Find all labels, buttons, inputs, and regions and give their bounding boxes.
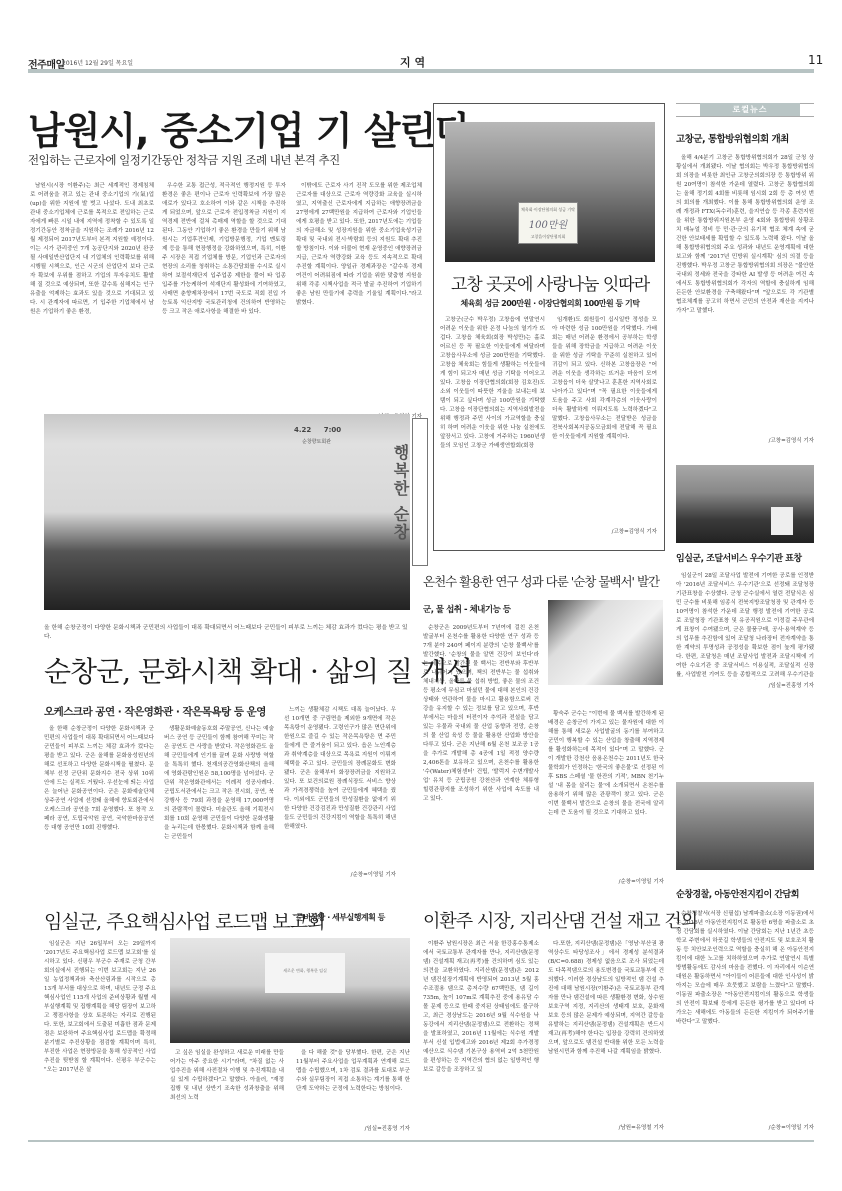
article-body-sunchang-col1: 올 한해 순창군정이 다양한 문화시책과 군민편의 사업들이 대폭 확대되면서 …	[44, 725, 154, 887]
banner-date: 4.22 7:00	[294, 426, 341, 434]
headline-imsil-award: 임실군, 조달서비스 우수기관 표창	[676, 551, 802, 564]
local-news-kicker: 로컬뉴스	[700, 103, 800, 117]
banner-date-value: 4.22	[294, 426, 311, 434]
headline-sunchang-culture: 순창군, 문화시책 확대 · 삶의 질 개선	[44, 650, 472, 690]
article-body-sunchang-col2: 생활문화예술동호회 주말공연, 신나는 예술버스 공연 등 군민들이 함께 참여…	[164, 725, 274, 887]
article-body-imsil-col2: 고 싶은 임실을 완성하고 새로운 미래를 만들어가는 아주 중요한 시기"라며…	[170, 1049, 284, 1129]
article-body-gochang-col1: 고창군(군수 박우정) 고창읍에 연말연시 어려운 이웃을 위한 온정 나눔의 …	[440, 316, 545, 548]
byline-sunchang-police: /순창=이영일 기자	[676, 1123, 814, 1131]
photo-imsil-meeting: 새로운 변화, 행복한 임실	[170, 938, 410, 1043]
certificate-title: 체육회·이장단협의회 성금 기탁	[519, 207, 577, 213]
article-body-gochang-defense: 올해 4/4분기 고창군 통합방위협의회가 28일 군청 상황실에서 개최됐다.…	[676, 154, 814, 434]
headline-sunchang-water: 온천수 활용한 연구 성과 다룬 '순창 물백서' 발간	[423, 572, 659, 590]
byline-gochang-donation: /고창=김영식 기자	[552, 527, 657, 535]
article-body-sunchang-police: 순창경찰서(서장 신필섭) 남계파출소(소장 이동권)에서는 2016년 아동안…	[676, 910, 814, 1118]
byline-imsil-roadmap: /임실=진홍영 기자	[296, 1124, 410, 1132]
article-body-dam-col1: 이환주 남원시장은 최근 서울 한강홍수통제소에서 국토교통부 관계자를 만나,…	[423, 940, 539, 1136]
article-body-imsil-award: 임실군이 28일 조달사업 발전에 기여한 공로를 인정받아 '2016년 조달…	[676, 572, 814, 680]
subhead-gochang-donation: 체육회 성금 200만원 · 이장단협의회 100만원 등 기탁	[440, 298, 660, 309]
article-body-water-col1: 순창군은 2009년도부터 7년여에 걸친 온천발굴부터 온천수를 활용한 다양…	[423, 624, 539, 888]
photo-caption-sunchang: 올 한해 순창군정이 다양한 문화시책과 군민편의 사업들이 대폭 확대되면서 …	[44, 624, 410, 642]
byline-imsil-award: /임실=진홍영 기자	[676, 681, 814, 689]
meeting-screen: 새로운 변화, 행복한 임실	[265, 953, 345, 993]
article-body-gochang-col2: 임개환)도 회원들이 십시일반 정성을 모아 마련한 성금 100만원을 기탁했…	[552, 316, 657, 526]
article-body-namwon-col3: 이밖에도 근로자 사기 진작 도모를 위한 제조업체 근로자를 대상으로 근로자…	[296, 182, 422, 410]
photo-water-white-paper-books	[548, 600, 663, 685]
article-body-namwon-col1: 남원시(시장 이환주)는 최근 세계적인 경제침체로 어려움을 겪고 있는 관내…	[30, 182, 154, 432]
kicker-rule-bottom	[676, 116, 814, 117]
certificate-amount: 100만원	[519, 216, 577, 231]
byline-sunchang-culture: /순창=이영일 기자	[284, 870, 396, 878]
photo-imsil-award	[676, 465, 814, 543]
byline-sunchang-water: /순창=이영일 기자	[548, 877, 664, 885]
banner-venue: 순창향토회관	[302, 438, 331, 445]
award-plaque	[771, 507, 793, 535]
photo-gochang-donation: 체육회·이장단협의회 성금 기탁 100만원 고창읍이장단협의회	[445, 122, 655, 262]
banner-time: 7:00	[324, 426, 341, 434]
photo-sunchang-police	[676, 782, 814, 870]
certificate-org: 고창읍이장단협의회	[519, 234, 577, 240]
article-body-imsil-col3: 을 다 해줄 것"을 당부했다. 한편, 군은 지난 11월부터 주요사업을 업…	[296, 1049, 410, 1121]
section-title: 지 역	[400, 54, 425, 70]
headline-gochang-donation: 고창 곳곳에 사랑나눔 잇따라	[445, 270, 655, 295]
headline-imsil-roadmap: 임실군, 주요핵심사업 로드맵 보고회	[44, 907, 324, 934]
headline-namwon-sme: 남원시, 중소기업 기 살린다	[28, 100, 471, 155]
subhead-sunchang-water: 군, 물 섭취 - 체내기능 등	[423, 603, 510, 615]
headline-namwon-dam: 이환주 시장, 지리산댐 건설 재고 건의	[423, 907, 697, 933]
byline-namwon-dam: /남원=유영철 기자	[548, 1123, 664, 1131]
article-body-namwon-col2: 우수한 교통 접근성, 적극적인 행정지원 등 투자환경은 좋은 편이나 근로자…	[162, 182, 286, 432]
article-body-water-col2: 황숙주 군수는 "이번에 물 백서를 발간하게 된 배경은 순창군이 가지고 있…	[548, 710, 664, 875]
photo-sunchang-orchestra: 4.22 7:00 순창향토회관 행복한 순창	[44, 414, 410, 610]
subhead-sunchang-culture: 오케스크라 공연 · 작은영화관 · 작은목욕탕 등 운영	[44, 704, 266, 719]
article-body-dam-col2: 다.또한, 지리산댐(문정댐)은「영남·부산권 광역상수도 타당성조사」에서 경…	[548, 940, 664, 1116]
header-rule	[28, 69, 814, 73]
article-body-sunchang-col3: 느끼는 생활체감 시책도 대폭 늘어났다. 우선 10개면 중 구림면을 제외한…	[284, 706, 396, 866]
headline-gochang-defense: 고창군, 통합방위협의회 개최	[676, 131, 789, 145]
page-number: 11	[808, 53, 823, 67]
article-body-imsil-col1: 임실군은 지난 26일부터 오는 29일까지 '2017년도 주요핵심사업 로드…	[44, 940, 156, 1136]
subhead-namwon-sme: 전입하는 근로자에 일정기간동안 정착금 지원 조례 내년 본격 추진	[28, 152, 340, 168]
banner-vertical-slogan: 행복한 순창	[389, 444, 410, 542]
issue-date: 2016년 12월 29일 목요일	[62, 58, 133, 67]
subhead-imsil-roadmap: 준비상황 · 세부실행계획 등	[296, 912, 385, 923]
donation-certificate: 체육회·이장단협의회 성금 기탁 100만원 고창읍이장단협의회	[518, 202, 578, 244]
footer-rule	[28, 1140, 814, 1142]
photo-frame-edge	[412, 418, 428, 566]
byline-gochang-defense: /고창=김영식 기자	[676, 436, 814, 444]
headline-sunchang-police: 순창경찰, 아동안전지킴이 간담회	[676, 887, 799, 900]
